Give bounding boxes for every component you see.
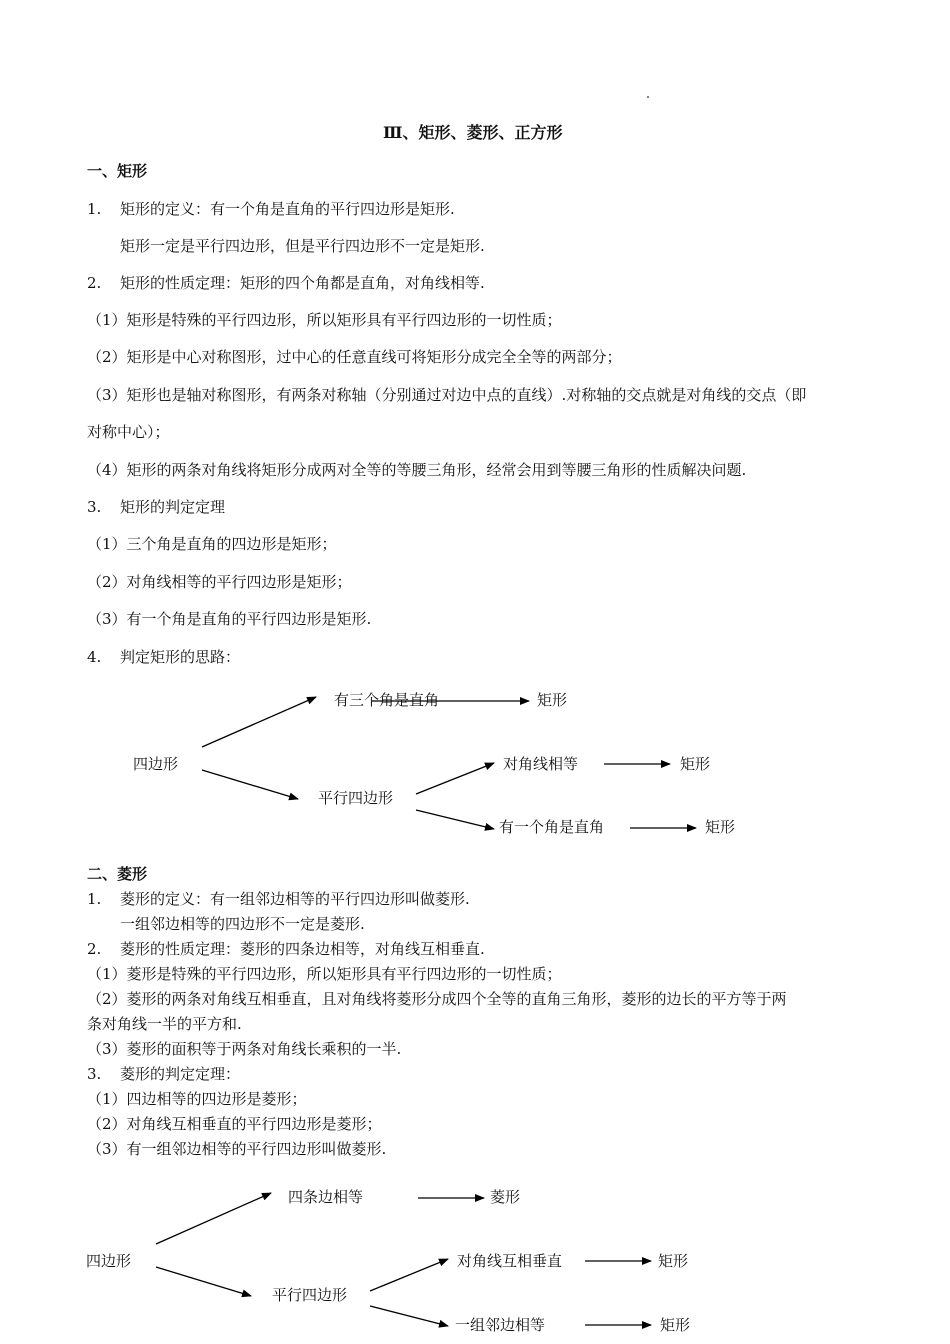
diagram1-top-condition: 有三个角是直角 [334,690,439,710]
diagram1-branch2-condition: 有一个角是直角 [499,817,604,837]
item-number: 3. [87,497,101,517]
rhombus-property-3: （3）菱形的面积等于两条对角线长乘积的一半. [87,1039,401,1059]
rectangle-property-3: （3）矩形也是轴对称图形，有两条对称轴（分别通过对边中点的直线）.对称轴的交点就… [87,385,806,405]
item-number: 2. [87,939,101,959]
diagram2-branch1-condition: 对角线互相垂直 [457,1251,562,1271]
diagram1-root: 四边形 [133,754,178,774]
item-number: 4. [87,647,101,667]
rectangle-property-3-cont: 对称中心）； [87,422,170,442]
section-heading-rhombus: 二、菱形 [87,864,147,884]
item-number: 2. [87,273,101,293]
rectangle-property-theorem: 矩形的性质定理：矩形的四个角都是直角，对角线相等. [120,273,485,293]
item-number: 3. [87,1064,101,1084]
rhombus-criteria-heading: 菱形的判定定理： [120,1064,240,1084]
rectangle-definition: 矩形的定义：有一个角是直角的平行四边形是矩形. [120,199,455,219]
rectangle-property-4: （4）矩形的两条对角线将矩形分成两对全等的等腰三角形，经常会用到等腰三角形的性质… [87,460,746,480]
rhombus-property-theorem: 菱形的性质定理：菱形的四条边相等，对角线互相垂直. [120,939,485,959]
item-number: 1. [87,889,101,909]
rectangle-note: 矩形一定是平行四边形，但是平行四边形不一定是矩形. [120,236,485,256]
diagram2-middle: 平行四边形 [272,1285,347,1305]
page-title: Ⅲ、矩形、菱形、正方形 [383,123,563,143]
rhombus-property-2: （2）菱形的两条对角线互相垂直，且对角线将菱形分成四个全等的直角三角形，菱形的边… [87,989,787,1009]
rectangle-criterion-1: （1）三个角是直角的四边形是矩形； [87,534,337,554]
rectangle-property-1: （1）矩形是特殊的平行四边形，所以矩形具有平行四边形的一切性质； [87,310,562,330]
section-heading-rectangle: 一、矩形 [87,161,147,181]
rectangle-criterion-2: （2）对角线相等的平行四边形是矩形； [87,572,352,592]
rectangle-criterion-3: （3）有一个角是直角的平行四边形是矩形. [87,609,371,629]
diagram1-middle: 平行四边形 [318,788,393,808]
rhombus-criterion-2: （2）对角线互相垂直的平行四边形是菱形； [87,1114,382,1134]
diagram2-root: 四边形 [86,1251,131,1271]
diagram1-branch1-result: 矩形 [680,754,710,774]
diagram1-branch1-condition: 对角线相等 [503,754,578,774]
diagram2-branch2-result: 矩形 [660,1315,690,1335]
rectangle-approach-heading: 判定矩形的思路： [120,647,240,667]
diagram2-top-condition: 四条边相等 [288,1187,363,1207]
rhombus-note: 一组邻边相等的四边形不一定是菱形. [120,914,365,934]
diagram2-top-result: 菱形 [490,1187,520,1207]
item-number: 1. [87,199,101,219]
page-marker-dot [647,96,649,98]
diagram2-branch1-result: 矩形 [658,1251,688,1271]
diagram1-branch2-result: 矩形 [705,817,735,837]
rhombus-criterion-1: （1）四边相等的四边形是菱形； [87,1089,307,1109]
rhombus-property-1: （1）菱形是特殊的平行四边形，所以矩形具有平行四边形的一切性质； [87,964,562,984]
rhombus-criterion-3: （3）有一组邻边相等的平行四边形叫做菱形. [87,1139,386,1159]
rhombus-property-2-cont: 条对角线一半的平方和. [87,1014,242,1034]
rectangle-criteria-heading: 矩形的判定定理 [120,497,225,517]
diagram1-top-result: 矩形 [537,690,567,710]
diagram2-branch2-condition: 一组邻边相等 [455,1315,545,1335]
rectangle-property-2: （2）矩形是中心对称图形，过中心的任意直线可将矩形分成完全全等的两部分； [87,347,622,367]
rhombus-definition: 菱形的定义：有一组邻边相等的平行四边形叫做菱形. [120,889,470,909]
